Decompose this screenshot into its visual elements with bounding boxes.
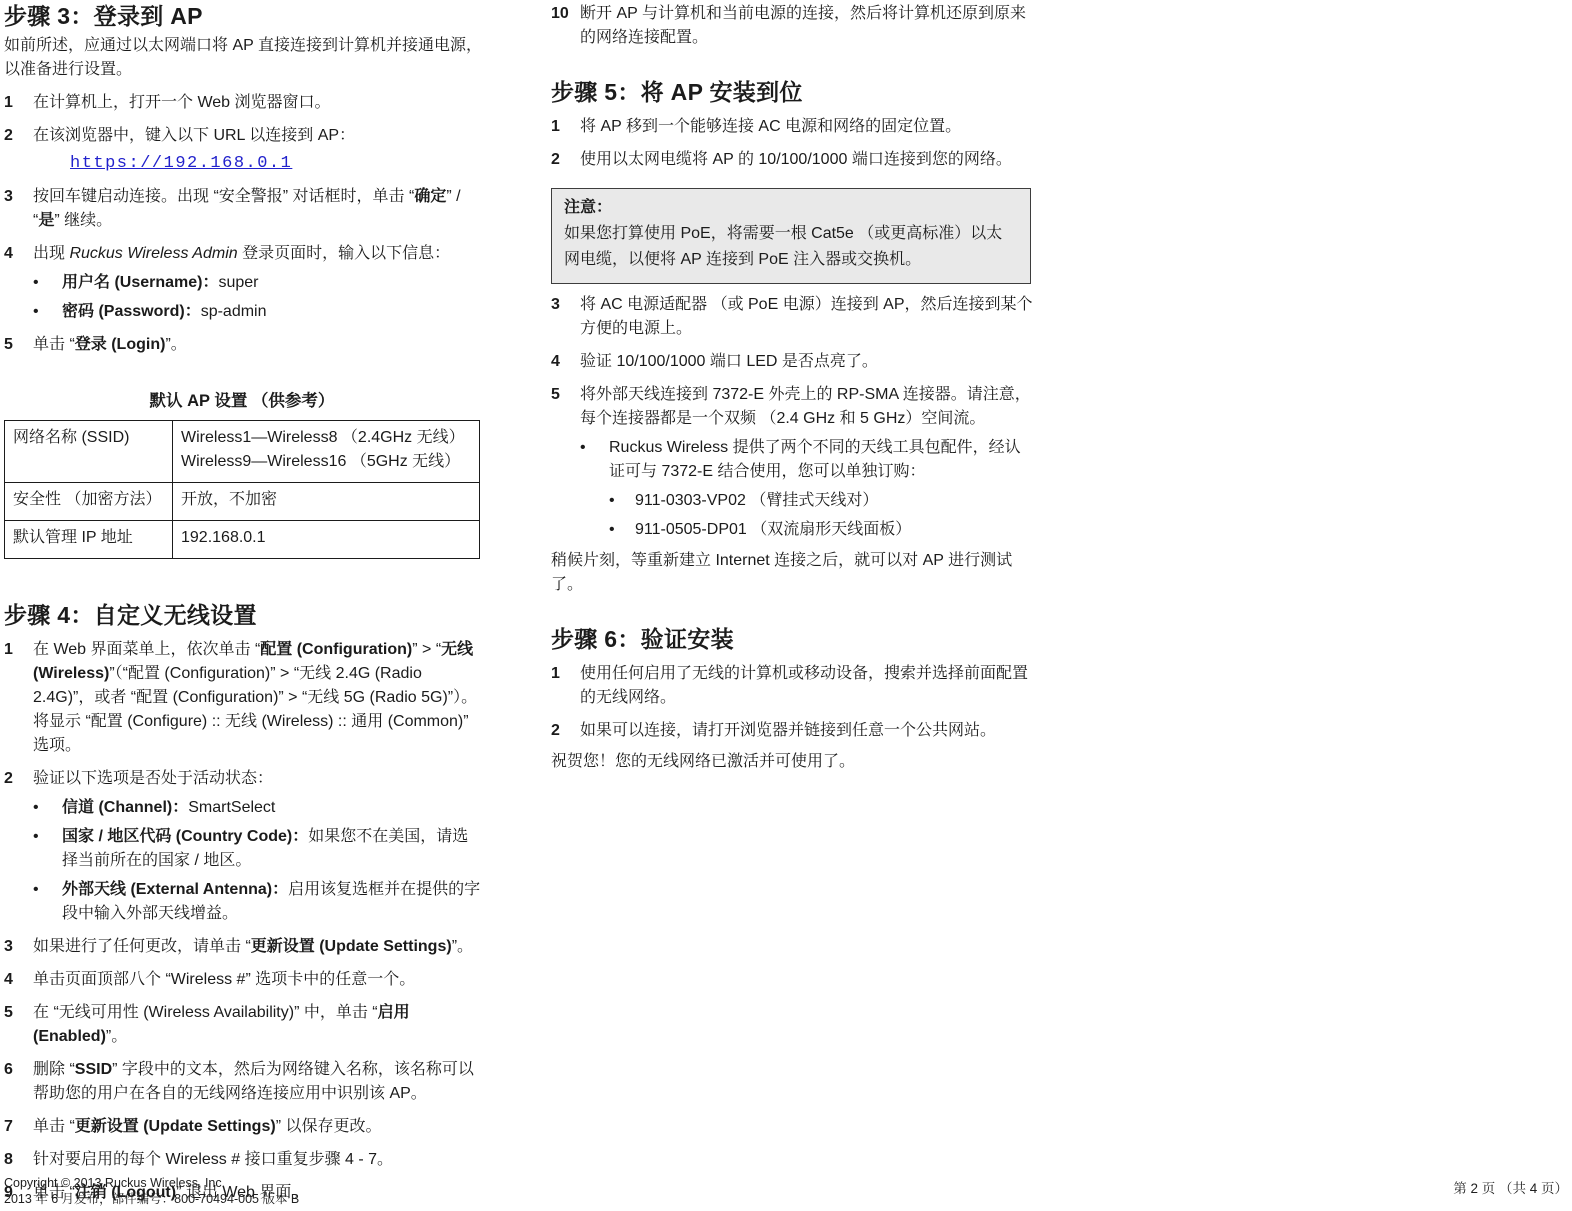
step5-closing: 稍候片刻，等重新建立 Internet 连接之后，就可以对 AP 进行测试了。	[551, 549, 1035, 597]
copyright-line2: 2013 年 6 月发布，部件编号：800-70494-005 版本 B	[4, 1191, 299, 1207]
item-text: 出现 Ruckus Wireless Admin 登录页面时，输入以下信息：	[33, 242, 482, 266]
item-text: 在计算机上，打开一个 Web 浏览器窗口。	[33, 91, 482, 115]
bullet-icon	[33, 825, 62, 873]
item-text: 将外部天线连接到 7372-E 外壳上的 RP-SMA 连接器。请注意，每个连接…	[580, 383, 1035, 431]
row-label: 默认管理 IP 地址	[5, 521, 173, 559]
table-row-ssid: 网络名称 (SSID) Wireless1—Wireless8 （2.4GHz …	[5, 421, 480, 483]
footer-page-indicator: 第 2 页 （共 4 页）	[1453, 1177, 1568, 1197]
item-number: 4	[551, 350, 580, 374]
step3-item-3: 3 按回车键启动连接。出现 “安全警报” 对话框时，单击 “确定” / “是” …	[4, 185, 482, 233]
item-text: 在该浏览器中，键入以下 URL 以连接到 AP：	[33, 124, 482, 148]
item-number: 5	[551, 383, 580, 431]
ap-url-link[interactable]: https://192.168.0.1	[70, 154, 292, 173]
bullet-text: 用户名 (Username)：super	[62, 271, 482, 295]
row-label: 安全性 （加密方法）	[5, 483, 173, 521]
step4-item-4: 4 单击页面顶部八个 “Wireless #” 选项卡中的任意一个。	[4, 968, 482, 992]
step6-item-1: 1 使用任何启用了无线的计算机或移动设备，搜索并选择前面配置的无线网络。	[551, 662, 1035, 710]
bullet-text: 国家 / 地区代码 (Country Code)：如果您不在美国，请选择当前所在…	[62, 825, 482, 873]
step5-item-4: 4 验证 10/100/1000 端口 LED 是否点亮了。	[551, 350, 1035, 374]
item-number: 5	[4, 333, 33, 357]
table-row-security: 安全性 （加密方法） 开放，不加密	[5, 483, 480, 521]
step4-item-7: 7 单击 “更新设置 (Update Settings)” 以保存更改。	[4, 1115, 482, 1139]
item-number: 1	[551, 115, 580, 139]
value-line: Wireless9—Wireless16 （5GHz 无线）	[181, 450, 471, 474]
bullet-icon	[609, 518, 635, 542]
item-text: 针对要启用的每个 Wireless # 接口重复步骤 4 - 7。	[33, 1148, 482, 1172]
item-text: 验证以下选项是否处于活动状态：	[33, 767, 482, 791]
step3-item-2: 2 在该浏览器中，键入以下 URL 以连接到 AP：	[4, 124, 482, 148]
step4-item-3: 3 如果进行了任何更改，请单击 “更新设置 (Update Settings)”…	[4, 935, 482, 959]
row-value: 开放，不加密	[173, 483, 480, 521]
default-ap-settings-table: 网络名称 (SSID) Wireless1—Wireless8 （2.4GHz …	[4, 420, 480, 559]
item-text: 单击 “登录 (Login)”。	[33, 333, 482, 357]
bullet-text: 信道 (Channel)：SmartSelect	[62, 796, 482, 820]
item-number: 3	[551, 293, 580, 341]
item-number: 2	[4, 124, 33, 148]
item-text: 断开 AP 与计算机和当前电源的连接，然后将计算机还原到原来的网络连接配置。	[580, 2, 1035, 50]
external-antenna-bullet: 外部天线 (External Antenna)：启用该复选框并在提供的字段中输入…	[4, 878, 482, 926]
bullet-text: 外部天线 (External Antenna)：启用该复选框并在提供的字段中输入…	[62, 878, 482, 926]
item-number: 8	[4, 1148, 33, 1172]
antenna-option-2: 911-0505-DP01 （双流扇形天线面板）	[551, 518, 1035, 542]
antenna-kit-bullet: Ruckus Wireless 提供了两个不同的天线工具包配件，经认证可与 73…	[551, 436, 1035, 484]
row-value: 192.168.0.1	[173, 521, 480, 559]
step5-item-3: 3 将 AC 电源适配器 （或 PoE 电源）连接到 AP，然后连接到某个方便的…	[551, 293, 1035, 341]
item-number: 10	[551, 2, 580, 50]
item-text: 单击页面顶部八个 “Wireless #” 选项卡中的任意一个。	[33, 968, 482, 992]
footer-copyright: Copyright © 2013 Ruckus Wireless, Inc. 2…	[4, 1175, 299, 1207]
step6-item-2: 2 如果可以连接，请打开浏览器并链接到任意一个公共网站。	[551, 719, 1035, 743]
step6-closing: 祝贺您！您的无线网络已激活并可使用了。	[551, 750, 1035, 774]
step4-item-2: 2 验证以下选项是否处于活动状态：	[4, 767, 482, 791]
step3-item-4: 4 出现 Ruckus Wireless Admin 登录页面时，输入以下信息：	[4, 242, 482, 266]
step3-item-1: 1 在计算机上，打开一个 Web 浏览器窗口。	[4, 91, 482, 115]
item-number: 1	[4, 638, 33, 758]
copyright-line1: Copyright © 2013 Ruckus Wireless, Inc.	[4, 1175, 299, 1191]
value-line: 192.168.0.1	[181, 526, 471, 550]
username-bullet: 用户名 (Username)：super	[4, 271, 482, 295]
left-column: 步骤 3：登录到 AP 如前所述，应通过以太网端口将 AP 直接连接到计算机并接…	[4, 0, 482, 1205]
step4-item-5: 5 在 “无线可用性 (Wireless Availability)” 中，单击…	[4, 1001, 482, 1049]
bullet-icon	[33, 796, 62, 820]
item-number: 4	[4, 242, 33, 266]
right-column: 10 断开 AP 与计算机和当前电源的连接，然后将计算机还原到原来的网络连接配置…	[551, 0, 1035, 774]
item-text: 将 AP 移到一个能够连接 AC 电源和网络的固定位置。	[580, 115, 1035, 139]
row-label: 网络名称 (SSID)	[5, 421, 173, 483]
step5-heading: 步骤 5：将 AP 安装到位	[551, 76, 1035, 106]
table-title: 默认 AP 设置 （供参考）	[4, 387, 480, 411]
table-row-ip: 默认管理 IP 地址 192.168.0.1	[5, 521, 480, 559]
item-text: 将 AC 电源适配器 （或 PoE 电源）连接到 AP，然后连接到某个方便的电源…	[580, 293, 1035, 341]
note-title: 注意：	[564, 195, 1018, 221]
bullet-icon	[33, 300, 62, 324]
bullet-icon	[33, 878, 62, 926]
bullet-icon	[580, 436, 609, 484]
country-code-bullet: 国家 / 地区代码 (Country Code)：如果您不在美国，请选择当前所在…	[4, 825, 482, 873]
item-text: 删除 “SSID” 字段中的文本，然后为网络键入名称，该名称可以帮助您的用户在各…	[33, 1058, 482, 1106]
channel-bullet: 信道 (Channel)：SmartSelect	[4, 796, 482, 820]
ap-url-line: https://192.168.0.1	[4, 154, 482, 173]
bullet-icon	[33, 271, 62, 295]
item-number: 1	[4, 91, 33, 115]
bullet-text: 密码 (Password)：sp-admin	[62, 300, 482, 324]
note-body: 如果您打算使用 PoE，将需要一根 Cat5e （或更高标准）以太网电缆，以便将…	[564, 221, 1018, 273]
item-number: 2	[551, 719, 580, 743]
step3-item-5: 5 单击 “登录 (Login)”。	[4, 333, 482, 357]
item-number: 3	[4, 185, 33, 233]
value-line: Wireless1—Wireless8 （2.4GHz 无线）	[181, 426, 471, 450]
item-number: 7	[4, 1115, 33, 1139]
step4-item-6: 6 删除 “SSID” 字段中的文本，然后为网络键入名称，该名称可以帮助您的用户…	[4, 1058, 482, 1106]
item-text: 使用以太网电缆将 AP 的 10/100/1000 端口连接到您的网络。	[580, 148, 1035, 172]
bullet-icon	[609, 489, 635, 513]
item-number: 6	[4, 1058, 33, 1106]
item-text: 如果进行了任何更改，请单击 “更新设置 (Update Settings)”。	[33, 935, 482, 959]
value-line: 开放，不加密	[181, 488, 471, 512]
item-number: 2	[551, 148, 580, 172]
item-number: 3	[4, 935, 33, 959]
item-text: 在 “无线可用性 (Wireless Availability)” 中，单击 “…	[33, 1001, 482, 1049]
item-text: 按回车键启动连接。出现 “安全警报” 对话框时，单击 “确定” / “是” 继续…	[33, 185, 482, 233]
item-text: 使用任何启用了无线的计算机或移动设备，搜索并选择前面配置的无线网络。	[580, 662, 1035, 710]
item-text: 单击 “更新设置 (Update Settings)” 以保存更改。	[33, 1115, 482, 1139]
bullet-text: Ruckus Wireless 提供了两个不同的天线工具包配件，经认证可与 73…	[609, 436, 1035, 484]
step5-item-2: 2 使用以太网电缆将 AP 的 10/100/1000 端口连接到您的网络。	[551, 148, 1035, 172]
step5-item-5: 5 将外部天线连接到 7372-E 外壳上的 RP-SMA 连接器。请注意，每个…	[551, 383, 1035, 431]
item-number: 2	[4, 767, 33, 791]
step3-intro: 如前所述，应通过以太网端口将 AP 直接连接到计算机并接通电源，以准备进行设置。	[4, 34, 482, 82]
item-text: 如果可以连接，请打开浏览器并链接到任意一个公共网站。	[580, 719, 1035, 743]
step4-item-10: 10 断开 AP 与计算机和当前电源的连接，然后将计算机还原到原来的网络连接配置…	[551, 2, 1035, 50]
antenna-option-1: 911-0303-VP02 （臂挂式天线对）	[551, 489, 1035, 513]
step6-heading: 步骤 6：验证安装	[551, 623, 1035, 653]
item-number: 4	[4, 968, 33, 992]
row-value: Wireless1—Wireless8 （2.4GHz 无线） Wireless…	[173, 421, 480, 483]
item-text: 验证 10/100/1000 端口 LED 是否点亮了。	[580, 350, 1035, 374]
step3-heading: 步骤 3：登录到 AP	[4, 0, 482, 30]
password-bullet: 密码 (Password)：sp-admin	[4, 300, 482, 324]
item-text: 在 Web 界面菜单上，依次单击 “配置 (Configuration)” > …	[33, 638, 482, 758]
item-number: 1	[551, 662, 580, 710]
bullet-text: 911-0303-VP02 （臂挂式天线对）	[635, 489, 1035, 513]
step4-item-8: 8 针对要启用的每个 Wireless # 接口重复步骤 4 - 7。	[4, 1148, 482, 1172]
bullet-text: 911-0505-DP01 （双流扇形天线面板）	[635, 518, 1035, 542]
item-number: 5	[4, 1001, 33, 1049]
step4-heading: 步骤 4：自定义无线设置	[4, 599, 482, 629]
step4-item-1: 1 在 Web 界面菜单上，依次单击 “配置 (Configuration)” …	[4, 638, 482, 758]
caution-note-box: 注意： 如果您打算使用 PoE，将需要一根 Cat5e （或更高标准）以太网电缆…	[551, 188, 1031, 284]
step5-item-1: 1 将 AP 移到一个能够连接 AC 电源和网络的固定位置。	[551, 115, 1035, 139]
